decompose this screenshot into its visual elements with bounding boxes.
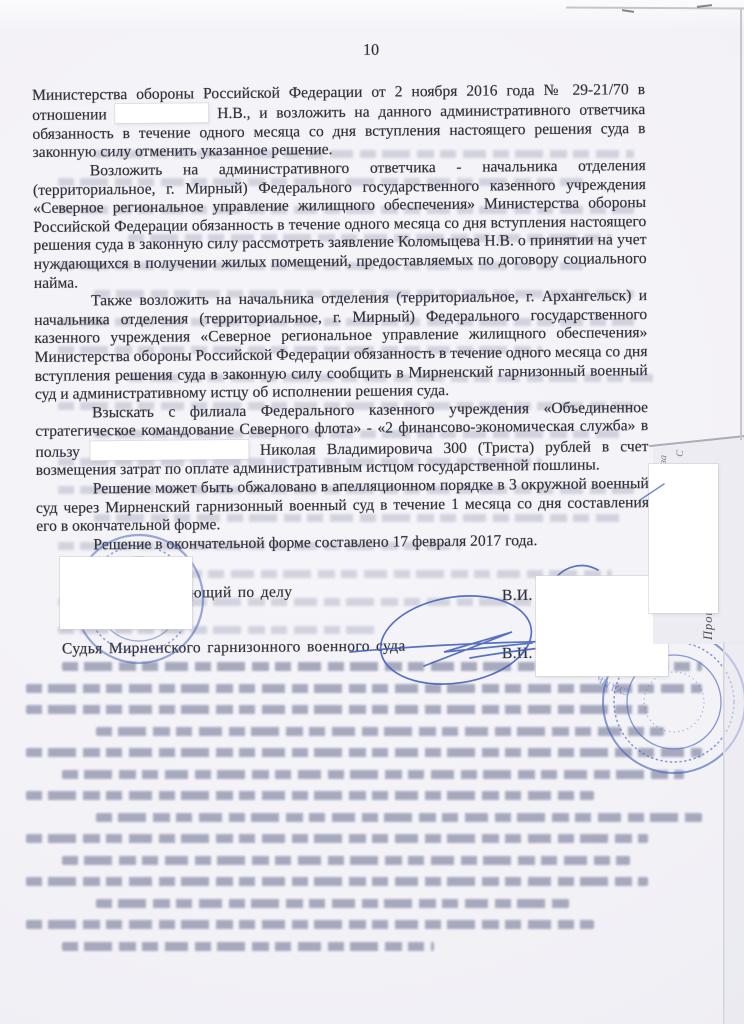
bleed-through-line	[62, 942, 434, 951]
redaction-box-surname-1	[115, 103, 208, 123]
scan-shade-lower-right	[724, 642, 744, 1024]
scan-speck	[622, 9, 634, 13]
scan-edge-right	[740, 8, 742, 440]
bleed-through-line	[96, 813, 702, 822]
paragraph-obligation-arkhangelsk: Также возложить на начальника отделения …	[34, 287, 648, 404]
paragraph-appeal: Решение может быть обжаловано в апелляци…	[36, 475, 650, 537]
judge-initials: В.И.	[502, 645, 533, 663]
seal-text-sud: СУД	[610, 682, 631, 697]
bleed-through-line	[96, 727, 664, 736]
scan-edge-top	[566, 7, 744, 10]
paragraph-continuation: Министерства обороны Российской Федераци…	[32, 81, 646, 163]
redaction-box-strip	[649, 464, 718, 613]
paragraph-court-fee: Взыскать с филиала Федерального казенног…	[35, 399, 649, 481]
document-body: 10 Министерства обороны Российской Федер…	[32, 39, 650, 555]
redaction-box-surname-2	[91, 440, 249, 461]
scanned-court-decision-page: 10 Министерства обороны Российской Федер…	[0, 0, 744, 1024]
redaction-box-presiding-area	[60, 557, 192, 629]
paragraph-obligation-mirny: Возложить на административного ответчика…	[33, 157, 647, 293]
bleed-through-text-lower	[26, 662, 702, 963]
bleed-through-line	[62, 856, 630, 865]
presiding-judge-initials: В.И.	[502, 587, 533, 605]
bleed-through-line	[96, 899, 569, 908]
stitch-label-fragment: С	[675, 450, 687, 458]
judge-label: Судья Мирненского гарнизонного военного …	[62, 638, 406, 659]
bleed-through-line	[26, 920, 594, 929]
bleed-through-line	[26, 748, 702, 757]
bleed-through-line	[26, 834, 648, 843]
bleed-through-line	[26, 705, 648, 714]
bleed-through-line	[62, 770, 684, 779]
stitch-label-fragment: за	[658, 455, 670, 465]
bleed-through-line	[26, 877, 648, 886]
page-number: 10	[32, 39, 645, 63]
presiding-judge-label-fragment: ющий по делу	[190, 584, 292, 603]
bleed-through-line	[26, 791, 594, 800]
scan-light-band	[0, 0, 744, 30]
bleed-through-line	[26, 684, 702, 693]
